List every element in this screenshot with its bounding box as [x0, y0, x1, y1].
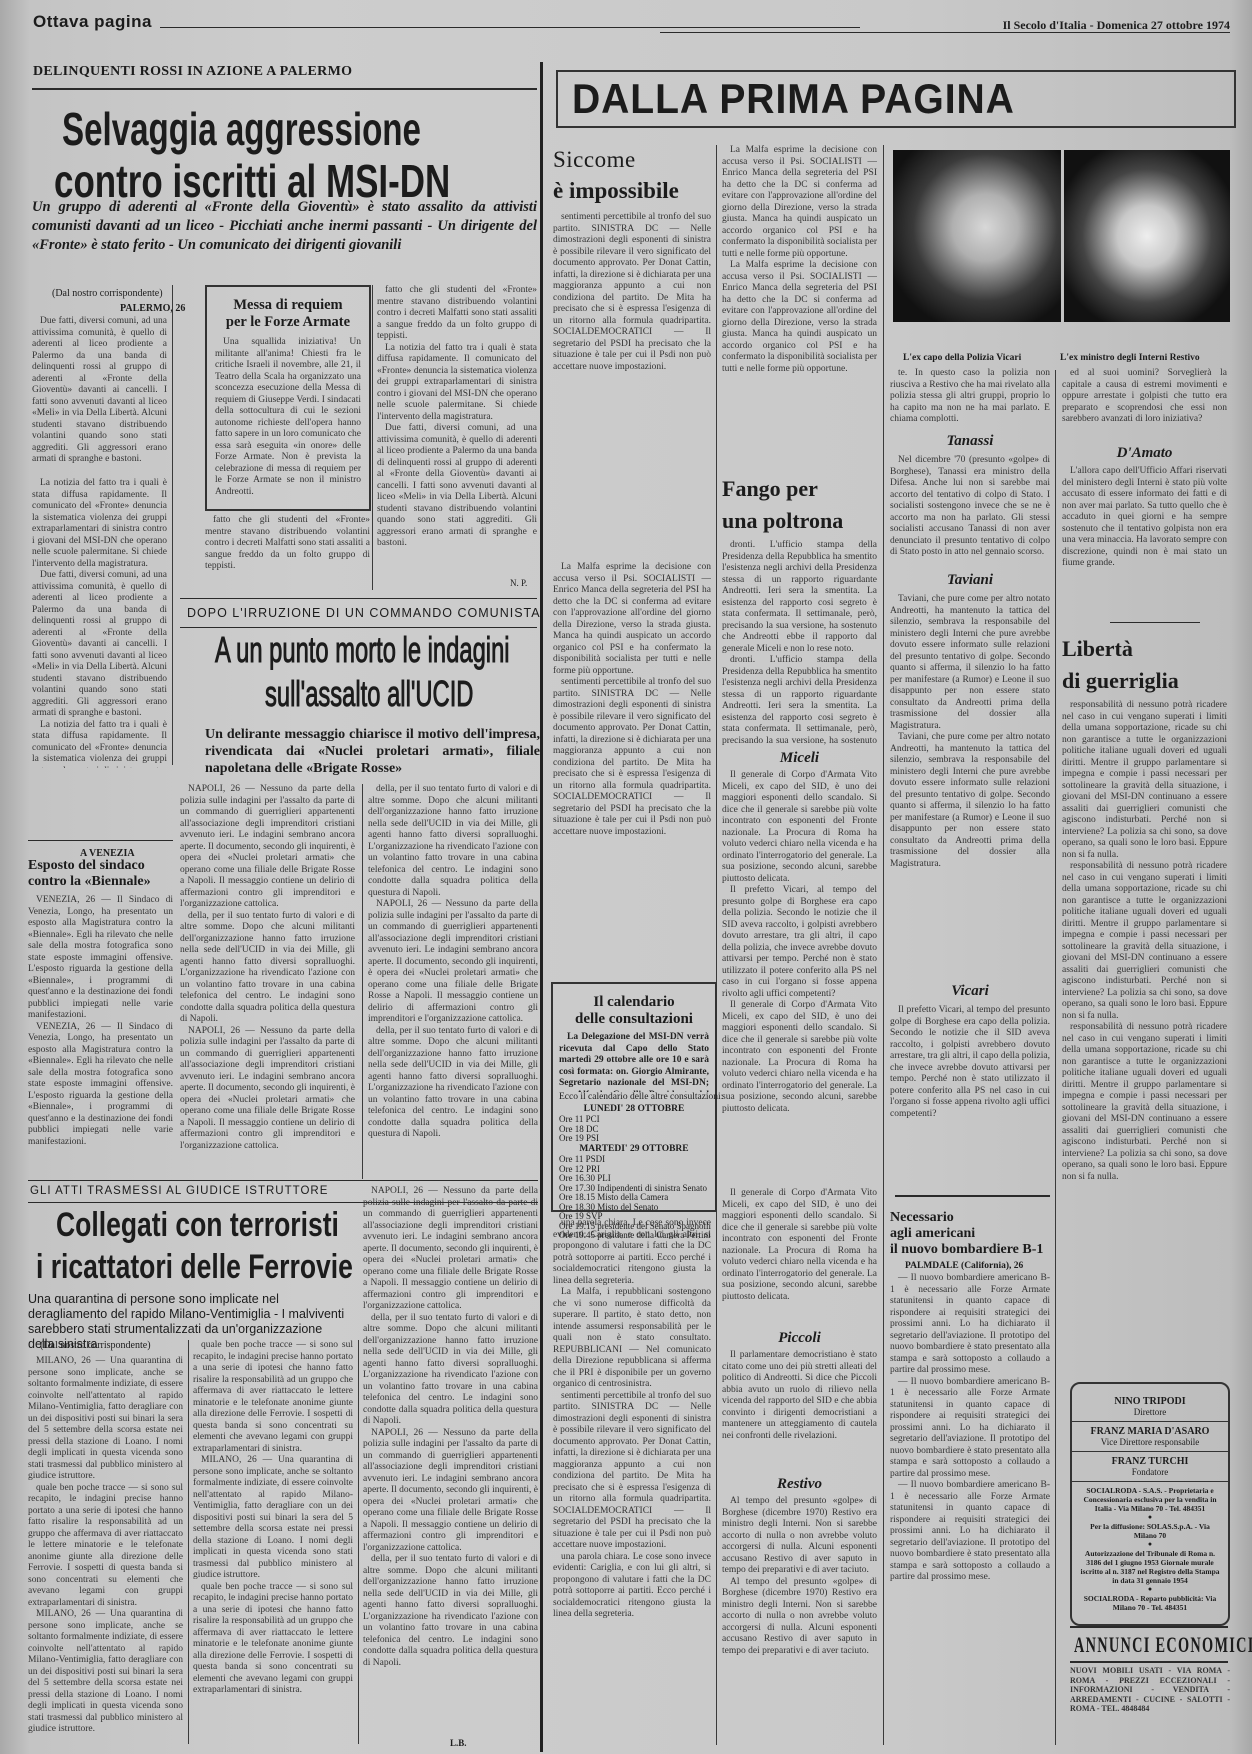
imprint-director-role: Direttore	[1072, 1407, 1228, 1417]
column-divider	[362, 784, 363, 1179]
calendario-title-line2: delle consultazioni	[553, 1011, 715, 1028]
body-ucid-col3-continuation: NAPOLI, 26 — Nessuno da parte della poli…	[363, 1186, 538, 1744]
column-divider	[372, 285, 373, 590]
venice-title-line2: contro la «Biennale»	[28, 874, 151, 890]
headline-ferrovie-line2: i ricattatori delle Ferrovie	[36, 1250, 353, 1284]
photos-body-col1: te. In questo caso la polizia non riusci…	[890, 368, 1050, 422]
body-palermo-col3: fatto che gli studenti del «Fronte» ment…	[377, 285, 537, 587]
ferrovie-top-rule	[28, 1180, 538, 1181]
damato-title: D'Amato	[1062, 445, 1227, 462]
bombardiere-title-line3: il nuovo bombardiere B-1	[890, 1242, 1043, 1258]
imprint-vice-role: Vice Direttore responsabile	[1072, 1437, 1228, 1447]
body-ferrovie-col2: quale ben poche tracce — si sono sul rec…	[193, 1340, 353, 1744]
calendario-title-line1: Il calendario	[553, 994, 715, 1011]
caption-vicari: L'ex capo della Polizia Vicari	[903, 353, 1021, 363]
piccoli-title: Piccoli	[722, 1330, 877, 1347]
damato-body: L'allora capo dell'Ufficio Affari riserv…	[1062, 466, 1227, 622]
column-divider	[172, 285, 173, 765]
imprint-line: SOCIALRODA - Reparto pubblicità: Via Mil…	[1078, 1594, 1222, 1612]
headline-ucid-line1: A un punto morto le indagini	[215, 632, 510, 668]
siccome-title-line2: è impossibile	[553, 178, 679, 204]
miceli-body: Il generale di Corpo d'Armata Vito Micel…	[722, 770, 877, 1180]
ucid-top-rule	[180, 598, 537, 599]
after-calendar-body: una parola chiara. Le cose sono invece e…	[553, 1218, 711, 1744]
tanassi-title: Tanassi	[890, 433, 1050, 450]
restivo-title: Restivo	[722, 1476, 877, 1493]
requiem-body: Una squallida iniziativa! Un militante a…	[215, 337, 361, 497]
miceli-body-continued: Il generale di Corpo d'Armata Vito Micel…	[722, 1188, 877, 1328]
column-divider	[716, 145, 717, 1745]
photo-restivo	[1064, 150, 1230, 322]
kicker-palermo: DELINQUENTI ROSSI IN AZIONE A PALERMO	[33, 64, 352, 80]
column-divider	[188, 1340, 189, 1744]
taviani-title: Taviani	[890, 572, 1050, 589]
fango-body: dronti. L'ufficio stampa della Presidenz…	[722, 540, 877, 746]
body-ucid-col1: NAPOLI, 26 — Nessuno da parte della poli…	[180, 784, 355, 1179]
vicari-body: Il prefetto Vicari, al tempo del presunt…	[890, 1005, 1050, 1185]
dateline-palermo: PALERMO, 26	[120, 303, 185, 314]
liberta-title-line1: Libertà	[1062, 636, 1133, 662]
photo-vicari	[893, 150, 1061, 322]
imprint-lines: SOCIALRODA - S.A.S. - Proprietaria e Con…	[1078, 1486, 1222, 1612]
calendario-entry: Ore 19 PSI	[559, 1134, 709, 1144]
imprint-founder-name: FRANZ TURCHI	[1072, 1456, 1228, 1467]
page-divider	[540, 62, 543, 1752]
venice-title-line1: Esposto del sindaco	[28, 858, 145, 874]
imprint-vice-name: FRANZ MARIA D'ASARO	[1072, 1426, 1228, 1437]
headline-palermo-line1: Selvaggia aggressione	[62, 106, 421, 152]
imprint-line: SOCIALRODA - S.A.S. - Proprietaria e Con…	[1078, 1486, 1222, 1513]
signoff-ucid: L.B.	[450, 1738, 467, 1748]
requiem-title-line2: per le Forze Armate	[207, 314, 369, 331]
byline-palermo: (Dal nostro corrispondente)	[52, 288, 163, 299]
fango-title-line2: una poltrona	[722, 508, 843, 534]
annunci-title: ANNUNCI ECONOMICI	[1074, 1634, 1252, 1656]
kicker-ferrovie: GLI ATTI TRASMESSI AL GIUDICE ISTRUTTORE	[30, 1185, 328, 1197]
bombardiere-body: — Il nuovo bombardiere americano B-1 è n…	[890, 1273, 1050, 1743]
venice-rule	[28, 840, 173, 841]
banner-title: DALLA PRIMA PAGINA	[572, 78, 1015, 120]
body-palermo-col1: Due fatti, diversi comuni, ad una attivi…	[32, 316, 167, 476]
headline-ferrovie-line1: Collegati con terroristi	[56, 1208, 339, 1242]
annunci-bottom-rule	[1070, 1661, 1228, 1663]
fango-title-line1: Fango per	[722, 476, 818, 502]
column-divider	[1055, 370, 1056, 1745]
imprint-line: Autorizzazione del Tribunale di Roma n. …	[1078, 1549, 1222, 1585]
bombardiere-title-line2: agli americani	[890, 1226, 975, 1242]
imprint-line: Per la diffusione: SOLAS.S.p.A. - Via Mi…	[1078, 1522, 1222, 1540]
box-requiem: Messa di requiem per le Forze Armate Una…	[205, 285, 371, 511]
taviani-body: Taviani, che pure come per altro notato …	[890, 594, 1050, 980]
column-divider	[883, 145, 884, 1745]
venice-body: VENEZIA, 26 — Il Sindaco di Venezia, Lon…	[28, 895, 173, 1177]
body-palermo-col2-continuation: fatto che gli studenti del «Fronte» ment…	[205, 515, 370, 587]
byline-ferrovie: (Dal nostro corrispondente)	[40, 1340, 151, 1351]
paper-date: Il Secolo d'Italia - Domenica 27 ottobre…	[1003, 18, 1230, 33]
bullet-icon: ●	[1078, 1540, 1222, 1549]
imprint-box: NINO TRIPODI Direttore FRANZ MARIA D'ASA…	[1070, 1382, 1230, 1626]
kicker-ucid: DOPO L'IRRUZIONE DI UN COMMANDO COMUNIST…	[187, 606, 541, 620]
bombardiere-dateline: PALMDALE (California), 26	[905, 1261, 1023, 1271]
body-ferrovie-col1: MILANO, 26 — Una quarantina di persone s…	[28, 1356, 183, 1744]
siccome-body-col1: sentimenti percettibile al tronfo del su…	[553, 212, 711, 560]
liberta-title-line2: di guerriglia	[1062, 668, 1179, 694]
box-calendario: Il calendario delle consultazioni La Del…	[551, 982, 717, 1212]
liberta-body: responsabilità di nessuno potrà ricadere…	[1062, 700, 1227, 1372]
banner-box: DALLA PRIMA PAGINA	[556, 70, 1236, 128]
restivo-body: Al tempo del presunto «golpe» di Borghes…	[722, 1496, 877, 1744]
deck-palermo: Un gruppo di aderenti al «Fronte della G…	[32, 198, 537, 255]
requiem-title-line1: Messa di requiem	[207, 297, 369, 314]
damato-rule	[1110, 622, 1200, 623]
annunci-top-rule	[1070, 1626, 1228, 1628]
body-palermo-col1b: La notizia del fatto tra i quali è stata…	[32, 478, 167, 768]
bombardiere-rule	[895, 1195, 1050, 1197]
newspaper-page: Ottava pagina Il Secolo d'Italia - Domen…	[0, 0, 1252, 1754]
caption-restivo: L'ex ministro degli Interni Restivo	[1060, 353, 1200, 363]
imprint-director-name: NINO TRIPODI	[1072, 1396, 1228, 1407]
piccoli-body: Il parlamentare democristiano è stato ci…	[722, 1350, 877, 1470]
siccome-body-col2: La Malfa esprime la decisione con accusa…	[722, 145, 877, 461]
bombardiere-title-line1: Necessario	[890, 1210, 954, 1226]
miceli-title: Miceli	[722, 750, 877, 767]
siccome-title-line1: Siccome	[553, 147, 636, 173]
calendario-intro: La Delegazione del MSI-DN verrà ricevuta…	[559, 1032, 709, 1092]
bullet-icon: ●	[1078, 1513, 1222, 1522]
photos-body-col2: ed al suoi uomini? Sorveglierà la capita…	[1062, 368, 1227, 434]
bullet-icon: ●	[1078, 1585, 1222, 1594]
ucid-kicker-rule	[180, 627, 537, 628]
annunci-body: NUOVI MOBILI USATI - VIA ROMA - ROMA - P…	[1070, 1666, 1230, 1712]
deck-ucid: Un delirante messaggio chiarisce il moti…	[205, 726, 540, 777]
header-rule-right	[660, 32, 1230, 33]
body-ucid-col2: della, per il suo tentato furto di valor…	[368, 784, 538, 1179]
siccome-body-col1b: La Malfa esprime la decisione con accusa…	[553, 562, 711, 892]
section-label: Ottava pagina	[33, 12, 152, 32]
column-divider	[358, 1340, 359, 1744]
tanassi-body: Nel dicembre '70 (presunto «golpe» di Bo…	[890, 455, 1050, 565]
imprint-founder-role: Fondatore	[1072, 1467, 1228, 1477]
kicker-rule	[32, 88, 537, 90]
vicari-title: Vicari	[890, 983, 1050, 1000]
calendario-intro2: Ecco il calendario delle altre consultaz…	[559, 1092, 709, 1104]
signoff-palermo: N. P.	[510, 578, 527, 588]
header-rule	[160, 27, 860, 28]
headline-ucid-line2: sull'assalto all'UCID	[265, 676, 473, 712]
